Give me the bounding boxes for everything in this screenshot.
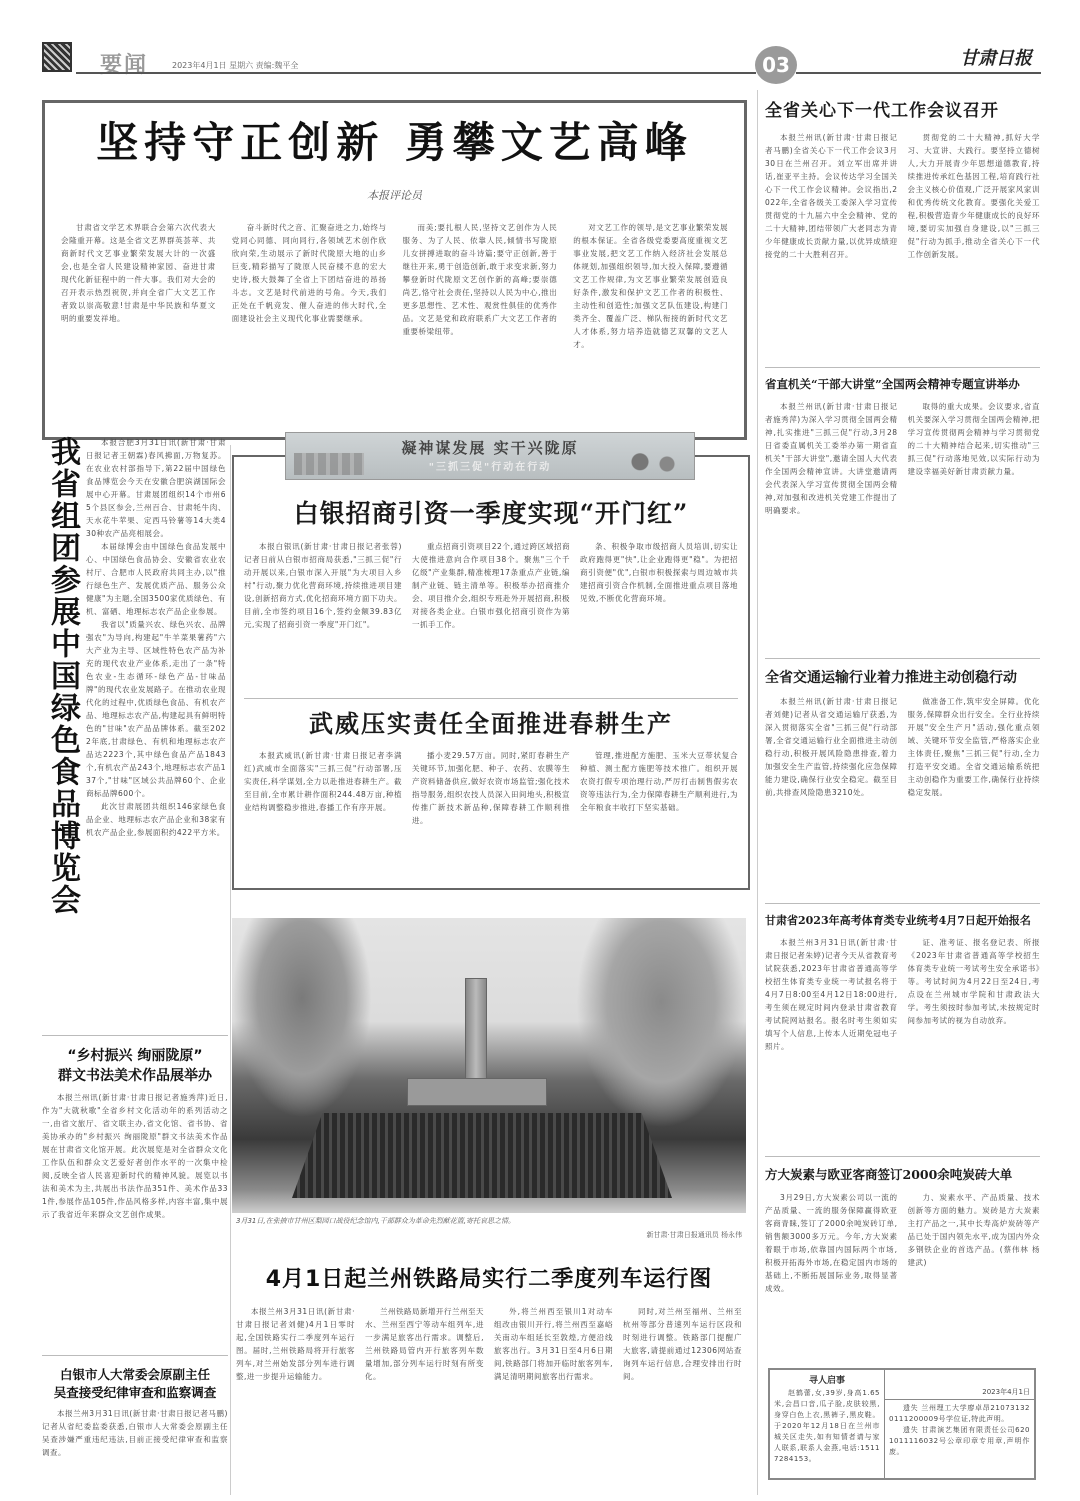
baiyin-col-2: 重点招商引资项目22个,通过跨区域招商大使推进意向合作项目38个。聚焦"三个千亿… (412, 540, 570, 631)
wuwei-col-2: 播小麦29.57万亩。同时,紧盯春耕生产关键环节,加强化肥、种子、农药、农膜等生… (412, 749, 570, 827)
tree-icon (622, 453, 682, 475)
editorial-byline: 本报评论员 (61, 187, 728, 203)
editorial-col-4: 对文艺工作的领导,是文艺事业繁荣发展的根本保证。全省各级党委要高度重视文艺事业发… (573, 221, 728, 351)
missing-person-date: 2023年4月1日 (889, 1387, 1030, 1397)
lecture-hall-col-2: 取得的重大成果。会议要求,省直机关要深入学习贯彻全国两会精神,把学习宣传贯彻两会… (908, 400, 1041, 478)
discipline-body: 本报兰州3月31日讯(新甘肃·甘肃日报记者马鹏)记者从省纪委监委获悉,白银市人大… (42, 1407, 228, 1459)
baiyin-col-1: 本报白银讯(新甘肃·甘肃日报记者张蓉)记者日前从白银市招商局获悉,"三抓三促"行… (244, 540, 402, 631)
page-number-badge: 03 (755, 46, 797, 84)
baiyin-headline: 白银招商引资一季度实现“开门红” (244, 494, 738, 530)
dateline: 2023年4月1日 星期六 责编:魏平全 (172, 60, 298, 71)
right-column: 全省关心下一代工作会议召开 本报兰州讯(新甘肃·甘肃日报记者马鹏)全省关心下一代… (765, 96, 1040, 1351)
missing-person-title: 寻人启事 (774, 1373, 880, 1386)
monument-icon (465, 978, 487, 1083)
editorial-box: 坚持守正创新 勇攀文艺高峰 本报评论员 甘肃省文学艺术界联合会第六次代表大会隆重… (42, 100, 747, 440)
railway-col-2: 兰州铁路局新增开行兰州至天水、兰州至西宁等动车组列车,进一步满足旅客出行需求。调… (365, 1305, 484, 1383)
transport-col-1: 本报兰州讯(新甘肃·甘肃日报记者刘健)记者从省交通运输厅获悉,为深入贯彻落实全省… (765, 695, 898, 799)
youth-meeting-col-1: 本报兰州讯(新甘肃·甘肃日报记者马鹏)全省关心下一代工作会议3月30日在兰州召开… (765, 131, 898, 261)
editorial-headline: 坚持守正创新 勇攀文艺高峰 (61, 115, 728, 171)
wuwei-col-3: 管理,推进配方施肥、玉米大豆带状复合种植、测土配方施肥等技术推广。组织开展农资打… (580, 749, 738, 814)
missing-person-body: 赵鹤蕾,女,39岁,身高1.65米,会昌口音,瓜子脸,皮肤较黑,身穿白色上衣,黑… (774, 1388, 880, 1465)
baiyin-story: 白银招商引资一季度实现“开门红” 本报白银讯(新甘肃·甘肃日报记者张蓉)记者日前… (244, 494, 738, 700)
railway-story: 4月1日起兰州铁路局实行二季度列车运行图 本报兰州3月31日讯(新甘肃·甘肃日报… (236, 1262, 742, 1495)
discipline-headline-2: 吴查接受纪律审查和监察调查 (42, 1383, 228, 1401)
photo-credit: 新甘肃·甘肃日报通讯员 杨永伟 (236, 1230, 742, 1240)
transport-col-2: 做准备工作,筑牢安全屏障。优化服务,保障群众出行安全。全行业持续开展"安全生产月… (908, 695, 1041, 799)
masthead-rule-right (796, 72, 1041, 74)
editorial-col-3: 而美;要扎根人民,坚持文艺创作为人民服务、为了人民、依靠人民,倾情书写陇原儿女拼… (403, 221, 558, 338)
art-story-headline-1: “乡村振兴 绚丽陇原” (42, 1045, 228, 1065)
railway-headline: 4月1日起兰州铁路局实行二季度列车运行图 (236, 1262, 742, 1293)
exam-col-2: 证、准考证、报名登记表、所报《2023年甘肃省普通高等学校招生体育类专业统一考试… (908, 936, 1041, 1027)
monument-base (407, 1078, 547, 1106)
youth-meeting-col-2: 贯彻党的二十大精神,抓好大学习、大宣讲、大践行。要坚持立德树人,大力开展青少年思… (908, 131, 1041, 261)
vertical-story-para-4: 此次甘肃展团共组织146家绿色食品企业、地理标志农产品企业和38家有机农产品企业… (86, 800, 226, 839)
paper-logo: 甘肃日报 (960, 44, 1032, 70)
youth-meeting-headline: 全省关心下一代工作会议召开 (765, 96, 1040, 121)
tree-left-icon (232, 918, 372, 1118)
lost-item-2: 遗失 甘肃演艺集团有限责任公司6201011116032号公章印章专用章,声明作… (889, 1425, 1030, 1458)
notices-box: 寻人启事 赵鹤蕾,女,39岁,身高1.65米,会昌口音,瓜子脸,皮肤较黑,身穿白… (768, 1368, 1036, 1480)
railway-col-1: 本报兰州3月31日讯(新甘肃·甘肃日报记者刘健)4月1日零时起,全国铁路实行二季… (236, 1305, 355, 1383)
wuwei-headline: 武威压实责任全面推进春耕生产 (244, 704, 738, 739)
art-story-body: 本报兰州讯(新甘肃·甘肃日报记者施秀萍)近日,作为"大就秋歌"全省乡村文化活动年… (42, 1091, 228, 1221)
city-skyline-icon (294, 453, 364, 475)
art-story-headline-2: 群文书法美术作品展举办 (42, 1065, 228, 1085)
masthead-rule (76, 72, 756, 74)
trade-deal-col-1: 3月29日,方大炭素公司以一流的产品质量、一流的服务保障赢得欧亚客商青睐,签订了… (765, 1191, 898, 1295)
editorial-col-1: 甘肃省文学艺术界联合会第六次代表大会隆重开幕。这是全省文艺界群英荟萃、共商新时代… (61, 221, 216, 325)
art-story: “乡村振兴 绚丽陇原” 群文书法美术作品展举办 本报兰州讯(新甘肃·甘肃日报记者… (42, 1045, 228, 1341)
exam-col-1: 本报兰州3月31日讯(新甘肃·甘肃日报记者朱婷)记者今天从省教育考试院获悉,20… (765, 936, 898, 1053)
editorial-col-2: 奋斗新时代之音、汇聚奋进之力,始终与党同心同德、同向同行,各领域艺术创作欣欣向荣… (232, 221, 387, 325)
memorial-photo (232, 918, 746, 1213)
baiyin-col-3: 条、积极争取市级招商人员培训,切实让政府跑得更"快",让企业跑得更"稳"。为把招… (580, 540, 738, 605)
tree-right-icon (576, 918, 746, 1128)
vertical-story-para-3: 我省以"质量兴农、绿色兴农、品牌强农"为导向,构建起"牛羊菜果薯药"六大产业为主… (86, 618, 226, 800)
vertical-story-headline: 我省组团参展中国绿色食品博览会 (46, 436, 80, 916)
photo-caption: 3月31日,在张掖市甘州区梨园口战役纪念馆内,干部群众为革命先烈献花篮,寄托哀思… (236, 1216, 742, 1226)
lost-item-1: 遗失 兰州理工大学廖卓昂210731320111200009号学位证,特此声明。 (889, 1403, 1030, 1425)
vertical-story-body: 本报合肥3月31日讯(新甘肃·甘肃日报记者王朝霖)春风拂面,万物复苏。在农业农村… (86, 436, 226, 1026)
trade-deal-headline: 方大炭素与欧亚客商签订2000余吨炭砖大单 (765, 1165, 1040, 1183)
vertical-story-para-2: 本届绿博会由中国绿色食品发展中心、中国绿色食品协会、安徽省农业农村厅、合肥市人民… (86, 540, 226, 618)
exam-headline: 甘肃省2023年高考体育类专业统考4月7日起开始报名 (765, 912, 1040, 928)
railway-col-3: 外,将兰州西至银川1对动车组改由银川开行,将兰州西至嘉峪关南动车组延长至敦煌,方… (494, 1305, 613, 1383)
railway-col-4: 同时,对兰州至福州、兰州至杭州等部分普速列车运行区段和时刻进行调整。铁路部门提醒… (623, 1305, 742, 1383)
trade-deal-col-2: 力、炭素水平、产品质量、技术创新等方面的魅力。炭砖是方大炭素主打产品之一,其中长… (908, 1191, 1041, 1269)
wuwei-story: 武威压实责任全面推进春耕生产 本报武威讯(新甘肃·甘肃日报记者李满红)武威市全面… (244, 704, 738, 884)
discipline-headline-1: 白银市人大常委会原副主任 (42, 1365, 228, 1383)
vertical-story-para-1: 本报合肥3月31日讯(新甘肃·甘肃日报记者王朝霖)春风拂面,万物复苏。在农业农村… (86, 436, 226, 540)
lecture-hall-headline: 省直机关“干部大讲堂”全国两会精神专题宣讲举办 (765, 376, 1040, 392)
page-number: 03 (762, 53, 790, 77)
discipline-story: 白银市人大常委会原副主任 吴查接受纪律审查和监察调查 本报兰州3月31日讯(新甘… (42, 1365, 228, 1487)
section-title: 要闻 (100, 48, 148, 79)
qr-code-icon (42, 42, 72, 72)
transport-headline: 全省交通运输行业着力推进主动创稳行动 (765, 667, 1040, 687)
lecture-hall-col-1: 本报兰州讯(新甘肃·甘肃日报记者施秀萍)为深入学习贯彻全国两会精神,扎实推进"三… (765, 400, 898, 517)
crowd (292, 1113, 672, 1198)
feature-banner: 凝神谋发展 实干兴陇原 "三抓三促"行动在行动 (285, 432, 695, 480)
wuwei-col-1: 本报武威讯(新甘肃·甘肃日报记者李满红)武威市全面落实"三抓三促"行动部署,压实… (244, 749, 402, 814)
